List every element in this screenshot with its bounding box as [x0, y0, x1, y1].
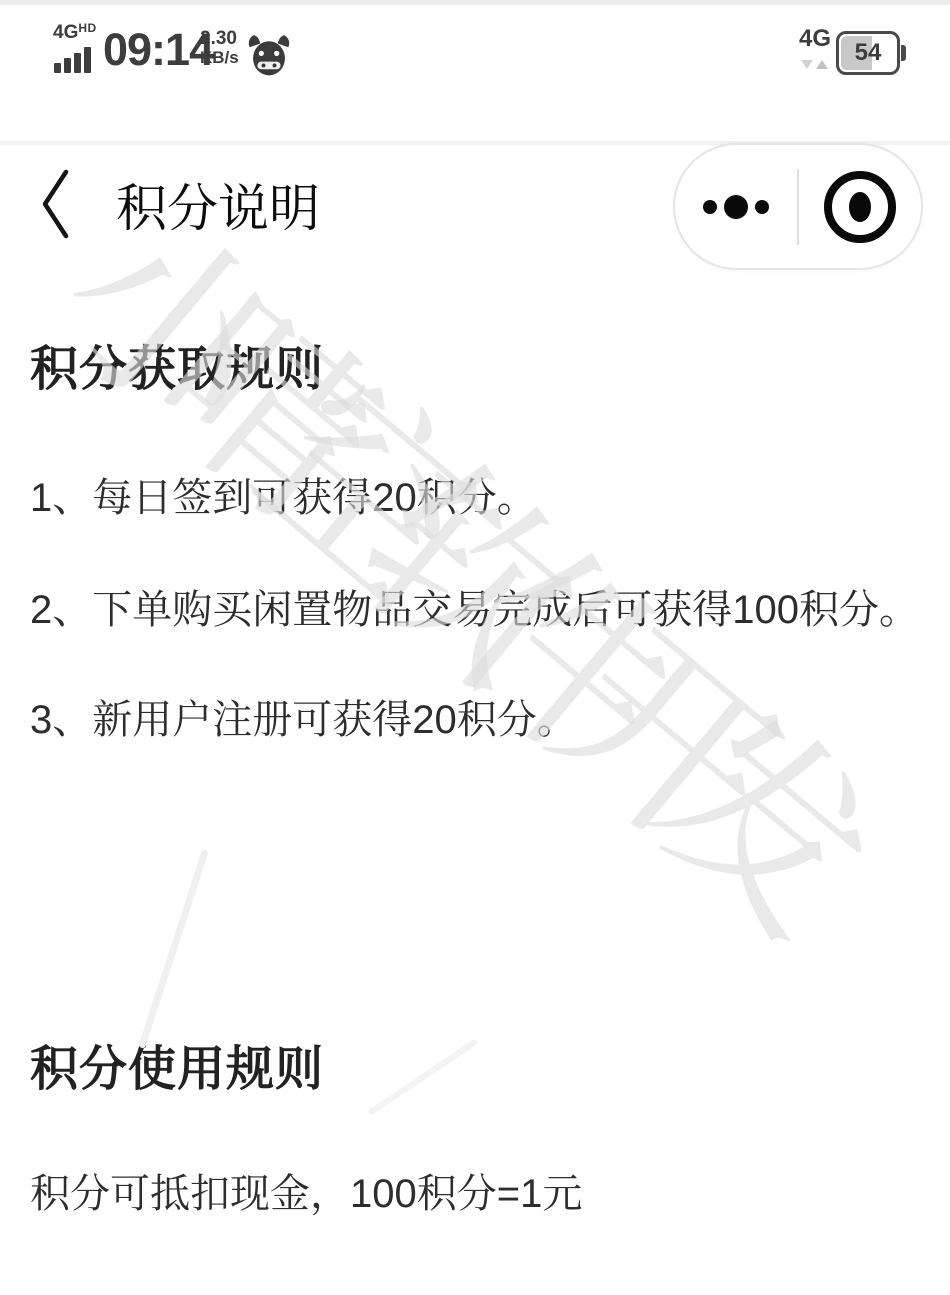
earn-rule-item-3: 3、新用户注册可获得20积分。	[30, 688, 577, 745]
earn-rule-item-1: 1、每日签到可获得20积分。	[30, 466, 537, 523]
network-type-left: 4GHD	[53, 21, 97, 44]
bull-icon	[247, 32, 291, 78]
usage-rule-text: 积分可抵扣现金，100积分=1元	[30, 1162, 582, 1219]
miniprogram-capsule	[673, 143, 923, 270]
status-bar: 4GHD 09:14 2.30 KB/s 4G 54	[0, 0, 950, 95]
network-speed: 2.30 KB/s	[200, 29, 239, 67]
download-arrow-icon	[801, 60, 813, 69]
network-type-label: 4G	[53, 22, 78, 43]
watermark-stroke-fragment	[138, 849, 209, 1049]
network-hd-label: HD	[78, 21, 96, 35]
battery-icon: 54	[836, 31, 900, 75]
battery-level: 54	[839, 34, 897, 72]
page-title: 积分说明	[116, 167, 320, 241]
home-target-icon	[824, 171, 896, 243]
top-edge-band	[0, 0, 950, 5]
section-heading-usage-rules: 积分使用规则	[30, 1030, 324, 1099]
network-type-right: 4G	[799, 25, 831, 53]
network-speed-value: 2.30	[200, 29, 239, 49]
upload-arrow-icon	[816, 60, 828, 69]
earn-rule-item-2: 2、下单购买闲置物品交易完成后可获得100积分。	[30, 578, 919, 635]
section-heading-earn-rules: 积分获取规则	[30, 330, 324, 399]
more-button[interactable]	[675, 145, 797, 268]
back-chevron-icon	[38, 168, 74, 240]
network-speed-unit: KB/s	[200, 49, 239, 67]
back-button[interactable]	[38, 168, 74, 240]
diagonal-watermark: 小晴空软件开发	[26, 185, 852, 923]
more-dots-icon	[703, 195, 769, 219]
watermark-stroke-fragment	[367, 1038, 478, 1116]
status-time: 09:14	[103, 24, 213, 76]
signal-bars-icon	[54, 46, 98, 73]
network-arrows-icon	[801, 60, 828, 69]
exit-button[interactable]	[799, 145, 921, 268]
